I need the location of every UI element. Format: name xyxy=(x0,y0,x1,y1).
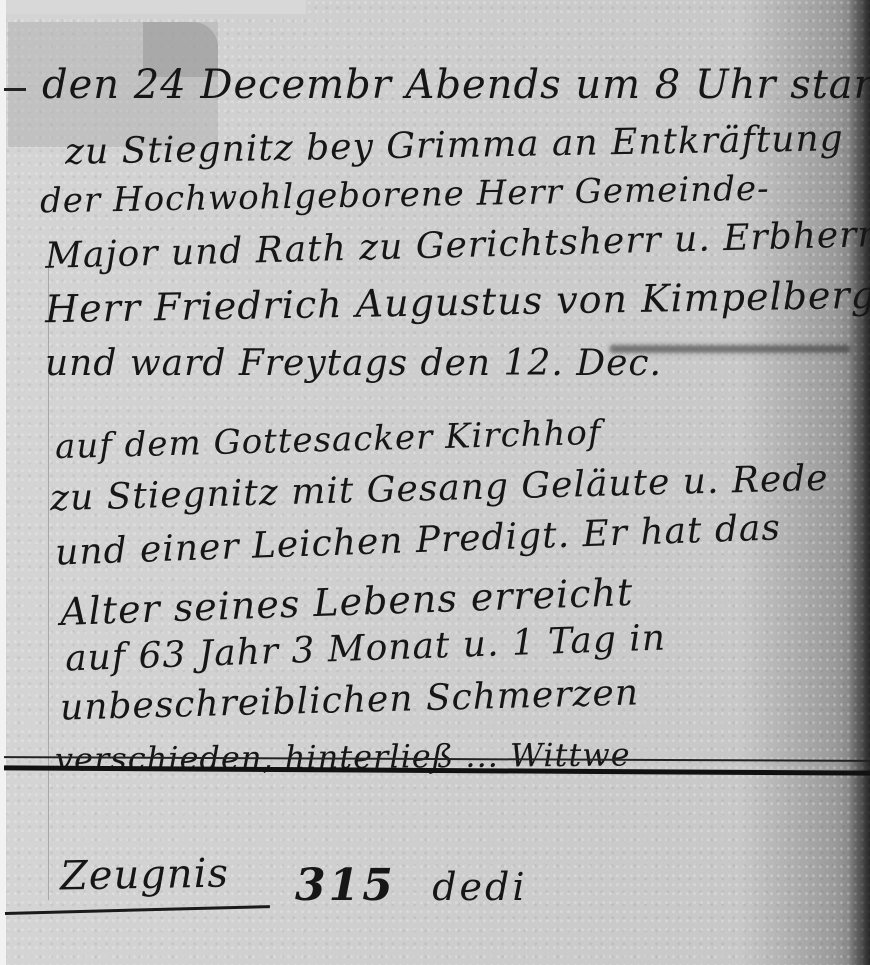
handwritten-line-1: den 24 Decembr Abends um 8 Uhr starb xyxy=(42,62,870,108)
entry-suffix: dedi xyxy=(432,865,527,909)
scan-top-highlight xyxy=(6,0,306,14)
handwritten-line-12: unbeschreiblichen Schmerzen xyxy=(60,672,640,728)
signature-underline xyxy=(5,905,270,915)
page-gutter-shadow xyxy=(848,0,870,965)
handwritten-line-5: Herr Friedrich Augustus von Kimpelberg xyxy=(45,273,870,331)
handwritten-line-9: und einer Leichen Predigt. Er hat das xyxy=(55,507,782,573)
scan-left-margin xyxy=(0,0,6,965)
entry-number-value: 315 xyxy=(295,860,396,911)
handwritten-line-4: Major und Rath zu Gerichtsherr u. Erbher… xyxy=(45,214,870,277)
entry-number: 315 dedi xyxy=(295,860,527,911)
handwritten-line-3: der Hochwohlgeborene Herr Gemeinde- xyxy=(40,169,770,222)
handwritten-line-6: und ward Freytags den 12. Dec. xyxy=(45,343,662,384)
margin-dash-mark xyxy=(4,88,26,91)
closing-signature: Zeugnis xyxy=(60,851,230,900)
handwritten-line-7: auf dem Gottesacker Kirchhof xyxy=(55,413,602,467)
document-page: den 24 Decembr Abends um 8 Uhr starb zu … xyxy=(0,0,870,965)
